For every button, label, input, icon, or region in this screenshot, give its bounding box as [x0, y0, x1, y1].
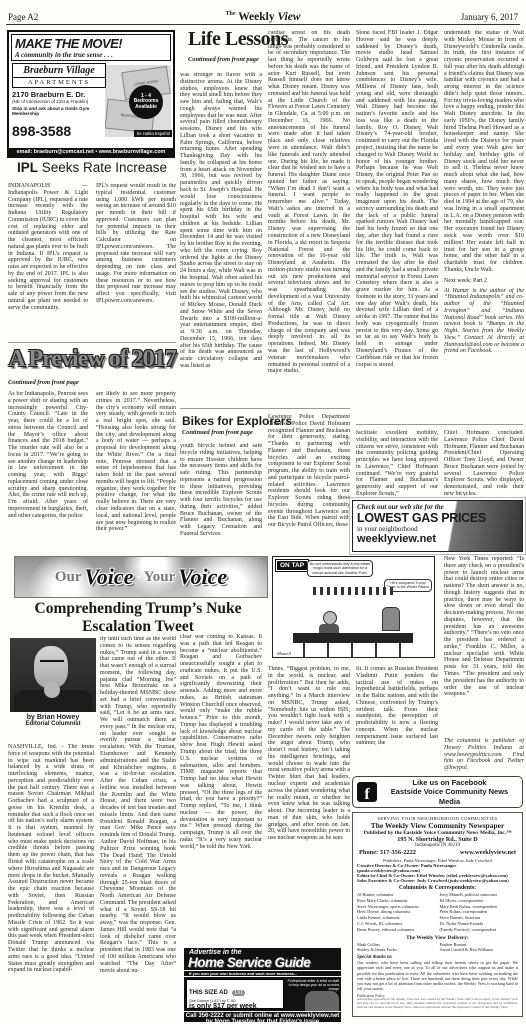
masthead-phone: Phone: 317-356-2222 [359, 849, 416, 856]
ad-body: LIVING ROOM BEDROOM 1 - 4 Bedrooms Avail… [9, 63, 173, 139]
home-ad-photo-area: Professional writer & artist on staff to… [286, 977, 341, 1011]
bar-counter-drawing [293, 633, 413, 643]
ad-gym-note: Stop in and ask about a Golds Gym Member… [12, 106, 104, 116]
voice-author-bio: The columnist is publisher of Howey Poli… [444, 738, 524, 772]
voice-headline-line2: Escalation Tweet [12, 618, 264, 636]
bikes-column-1: youth bicycle helmet and safe bicycle ri… [180, 443, 262, 553]
bedrooms-badge: 1 - 4 Bedrooms Available [129, 85, 163, 119]
gas-ad-url: weeklyview.net [357, 533, 518, 545]
preview-article-title: A Preview of 2017 [8, 346, 176, 373]
banner-voice-1: Voice [85, 564, 134, 590]
facebook-line1: Like us on Facebook [381, 778, 518, 787]
preview-continued: Continued from front page [8, 379, 79, 386]
on-tap-editorial-cartoon: ON TAP No one understands why a real est… [272, 556, 435, 658]
life-column-4: underneath the statue of Walt with Micke… [444, 30, 524, 420]
facebook-promo: f Like us on Facebook Eastside Voice Com… [352, 776, 523, 808]
cartoon-speech-bubble-1: No one understands why a real estate mog… [307, 560, 373, 577]
divider [180, 408, 350, 409]
ad-address-block: 2170 Braeburn E. Dr. (NE of intersection… [12, 90, 104, 116]
home-service-guide-ad: Advertise in the Home Service Guide If y… [184, 948, 341, 1022]
brian-howey-photo [10, 638, 96, 712]
photo-glasses [40, 660, 64, 668]
se-habla-badge: Se Habla Español [134, 130, 172, 137]
banner-our: Our [55, 569, 82, 586]
gas-ad-line1: Check out our web site for the [357, 503, 518, 511]
patron-head-drawing [323, 611, 337, 625]
ad-headline-box: MAKE THE MOVE! A community in the true s… [11, 34, 171, 61]
voice-column-2: ity until such time as the world comes t… [100, 636, 176, 1018]
facebook-icon: f [357, 782, 377, 802]
masthead-website: www.weeklyview.net [460, 849, 516, 856]
preview-column-2: are likely to see more property crimes i… [96, 391, 176, 553]
divider [356, 424, 523, 425]
braeburn-apartments-ad: MAKE THE MOVE! A community in the true s… [7, 30, 175, 158]
masthead-info-box: SERVING YOUR NEIGHBORHOOD COMMUNITIES Th… [352, 812, 523, 1017]
life-column-4-text: underneath the statue of Walt with Micke… [444, 30, 524, 274]
voice-column-3: clear war coming to Kansas. It was a pat… [180, 634, 262, 944]
bikes-column-4: Chief Hofmann concluded. Lawrence Police… [444, 430, 524, 496]
gas-ad-line3: in your neighborhood [357, 525, 518, 533]
columnists-heading: Columnists & Correspondents: [357, 885, 518, 891]
voice-headline: Comprehending Trump’s Nuke Escalation Tw… [12, 600, 264, 636]
this-size-ad: THIS SIZE AD [189, 990, 228, 996]
home-ad-line3: If you own your own business and want mo… [184, 970, 341, 977]
issue-date: January 6, 2017 [461, 12, 518, 22]
masthead-staff-1: Creative Director & Co-Owner: Paula Nice… [357, 863, 518, 873]
divider [8, 342, 176, 343]
ipl-article-title: IPL Seeks Rate Increase [8, 160, 176, 175]
banner-dot: • [136, 570, 140, 585]
gas-ad-headline: LOWEST GAS PRICES [357, 511, 518, 525]
masthead-the: The [226, 11, 236, 17]
ipl-title-bold: IPL [17, 160, 38, 175]
braeburn-logo-sub: APARTMENTS [13, 77, 105, 86]
correspondent: (Family Practice), correspondent [440, 927, 519, 933]
bar-shelf-drawing [313, 587, 393, 595]
delivery-left: Mark Collins Shirley & James Fuchs [357, 942, 436, 954]
facebook-line2: Eastside Voice Community News Media [381, 787, 518, 806]
ad-address-detail: (NE of intersection of 21st & Franklin) [12, 99, 104, 104]
ad-phone: 898-3588 [12, 123, 71, 139]
preview-column-1: As for Indianapolis, Penrose sees a powe… [8, 391, 88, 553]
voice-headline-line1: Comprehending Trump’s Nuke [12, 600, 264, 618]
size-badge: 1X1 [232, 990, 245, 996]
photo-hand [44, 682, 60, 698]
voice-column-4: Times. “Biggest problem, to me, in the w… [268, 666, 350, 944]
columnists-right: Jerry Mantell, political cartoonist Ed M… [440, 892, 519, 933]
ad-contact-bar: email: braeburn@comcast.net • www.braebu… [9, 148, 173, 156]
bikes-column-3: facilitate excellent mobility, visibilit… [356, 430, 438, 496]
thanks-body: Our readers, who have been calling and t… [357, 960, 518, 992]
bikes-column-2: Lawrence Police Department Chief of Poli… [268, 414, 350, 553]
life-column-3: Stone faced FBI leader J. Edgar Hoover s… [356, 30, 438, 420]
home-ad-deadline: by Noon Tuesday for that Friday's issue [184, 1019, 341, 1023]
bikes-continued: Continued from front page [182, 429, 253, 436]
columnist: Brian Howey, editorial columnist [357, 927, 436, 933]
masthead-view: View [277, 11, 300, 23]
voice-column-5: fit. It comes as Russian President Vladi… [356, 666, 438, 770]
braeburn-logo-script: Braeburn Village [13, 65, 105, 76]
life-column-2: cardiac arrest on his death certificate.… [268, 30, 350, 406]
bartender-figure-drawing [382, 607, 400, 631]
columnists-left: Al Hunter, columnist Rose Mary Clarke, c… [357, 892, 436, 933]
pro-note: Professional writer & artist on staff to… [286, 977, 341, 991]
voice-byline: by Brian Howey Editorial Columnist [10, 714, 96, 727]
delivery-person: Shirley & James Fuchs [357, 947, 436, 953]
ipl-column-1: INDIANAPOLIS — Indianapolis Power & Ligh… [8, 183, 88, 339]
newspaper-page: Page A2 The Weekly View January 6, 2017 … [0, 0, 526, 1024]
byline-author: by Brian Howey [10, 714, 96, 721]
life-author-bio: Al Hunter is the author of the “Haunted … [444, 288, 524, 356]
page-header: Page A2 The Weekly View January 6, 2017 [6, 3, 520, 25]
byline-role: Editorial Columnist [10, 721, 96, 727]
ad-address: 2170 Braeburn E. Dr. [12, 90, 104, 99]
braeburn-logo: Braeburn Village APARTMENTS [12, 63, 106, 88]
cartoon-title: ON TAP [276, 560, 308, 571]
price-line: is only $17 per week [189, 1003, 281, 1011]
delivery-right: Pauline Roman Aaron Carnell & Rita Willi… [440, 942, 519, 954]
newspaper-masthead: The Weekly View [6, 11, 520, 23]
voice-column-6: New York Times reported: “Is there any c… [444, 556, 524, 736]
banner-your: Your [144, 569, 176, 586]
ad-tagline: A community in the true sense . . . [15, 51, 167, 59]
delivery-heading: The Weekly View Delivery: [357, 935, 518, 941]
delivery-lists: Mark Collins Shirley & James Fuchs Pauli… [357, 942, 518, 954]
our-voice-banner: Our Voice • Your Voice [14, 556, 268, 598]
gas-prices-ad: Check out our web site for the LOWEST GA… [352, 500, 523, 552]
facebook-text: Like us on Facebook Eastside Voice Commu… [381, 778, 518, 806]
voice-column-1: NASHVILLE, Ind. - The brute force of wea… [8, 744, 94, 1018]
life-next-week: Next week: Part 2 [444, 278, 524, 284]
life-lessons-continued: Continued from front page [188, 56, 259, 63]
bar-stool-legs-drawing [303, 643, 403, 657]
masthead-staff-3: Sales Executive & Co-Owner: Judy Crawfor… [357, 878, 518, 883]
columnists-lists: Al Hunter, columnist Rose Mary Clarke, c… [357, 892, 518, 933]
masthead-paper-name: The Weekly View Community Newspaper [357, 821, 518, 830]
ipl-title-rest: Seeks Rate Increase [38, 160, 167, 175]
banner-voice-2: Voice [178, 564, 227, 590]
life-column-1: was stronger in flavor with a distinctiv… [180, 72, 262, 406]
cartoonist-signature: Mantell [277, 651, 291, 656]
home-ad-body: THIS SIZE AD 1X1 One Column (1.81") by 1… [184, 977, 341, 1011]
ipl-column-2: IPL’s request would result in the typica… [96, 183, 176, 339]
worker-photo [305, 991, 339, 1011]
masthead-address: 195 N. Shortridge Rd., Suite D [357, 836, 518, 843]
delivery-person: Aaron Carnell & Rita Williams [440, 947, 519, 953]
masthead-weekly: Weekly [238, 11, 274, 23]
ad-headline: MAKE THE MOVE! [15, 36, 167, 51]
home-ad-headline: Home Service Guide [184, 956, 341, 970]
policy-body: Advertising appearing in the Weekly View… [357, 998, 518, 1010]
sample-ad-box: THIS SIZE AD 1X1 One Column (1.81") by 1… [186, 979, 284, 1009]
